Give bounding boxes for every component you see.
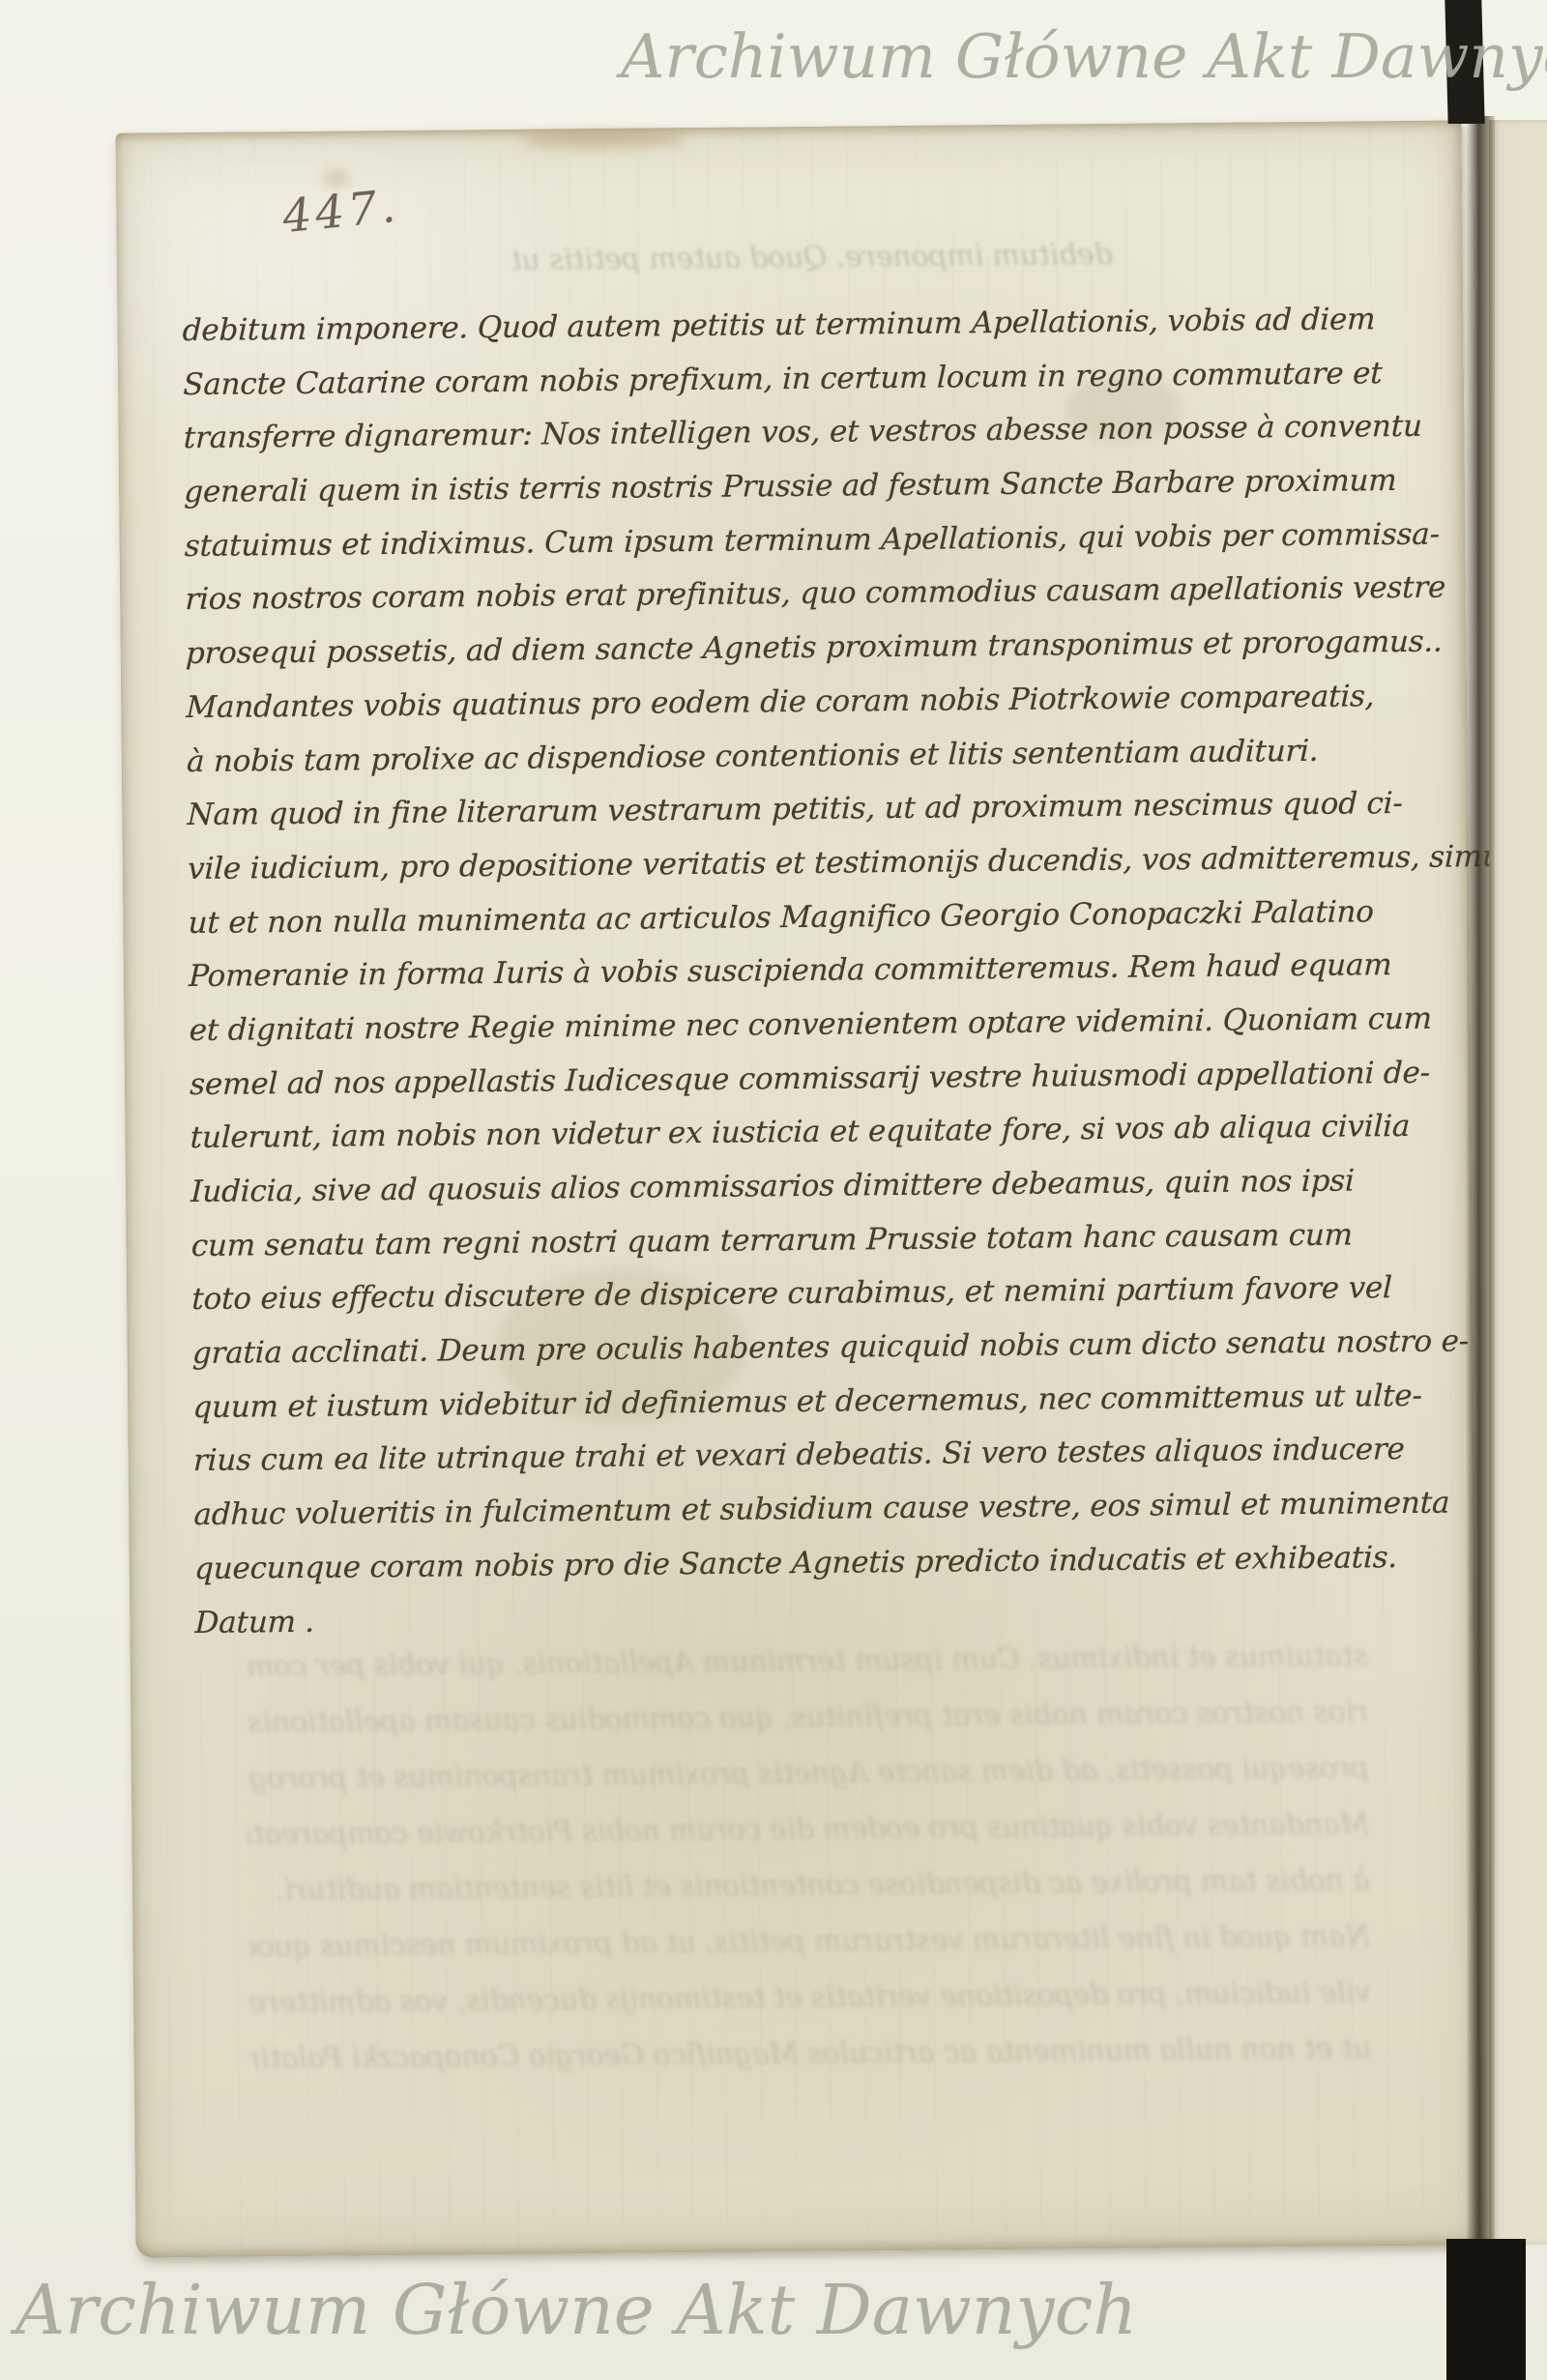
bleedthrough-line: rios nostros coram nobis erat prefinitus… xyxy=(247,1695,1369,1761)
bleedthrough-line: ut et non nulla munimenta ac articulos M… xyxy=(249,2031,1372,2098)
archive-watermark-top: Archiwum Główne Akt Dawnych xyxy=(621,21,1547,92)
archive-watermark-bottom: Archiwum Główne Akt Dawnych xyxy=(15,2270,1137,2350)
bleedthrough-line: Nam quod in fine literarum vestrarum pet… xyxy=(248,1919,1371,1986)
bleedthrough-line: vile iudicium, pro depositione veritatis… xyxy=(249,1975,1372,2042)
scan-mask-strip-bottom xyxy=(1446,2239,1526,2380)
manuscript-line: Datum . xyxy=(194,1594,1389,1660)
binding-gutter-shadow xyxy=(1466,116,1495,2254)
folio-number: 447. xyxy=(280,180,401,244)
bleedthrough-line: Mandantes vobis quatinus pro eodem die c… xyxy=(248,1807,1370,1873)
ink-bleedthrough-main: statuimus et indiximus. Cum ipsum termin… xyxy=(247,1639,1372,2098)
manuscript-page: 447. debitum imponere. Quod autem petiti… xyxy=(115,120,1481,2257)
paper-stain xyxy=(522,131,686,149)
bleedthrough-line: prosequi possetis, ad diem sancte Agneti… xyxy=(248,1751,1370,1817)
adjacent-page-edge xyxy=(1489,120,1547,2245)
bleedthrough-line: debitum imponere. Quod autem petitis ut … xyxy=(513,238,1114,300)
ink-bleedthrough-top: debitum imponere. Quod autem petitis ut … xyxy=(513,238,1114,300)
scan-background: 447. debitum imponere. Quod autem petiti… xyxy=(0,0,1547,2380)
bleedthrough-line: à nobis tam prolixe ac dispendiose conte… xyxy=(248,1863,1371,1930)
manuscript-text-block: debitum imponere. Quod autem petitis ut … xyxy=(182,302,1388,1659)
archival-scan: { "archive_watermark": { "text": "Archiw… xyxy=(0,0,1547,2380)
